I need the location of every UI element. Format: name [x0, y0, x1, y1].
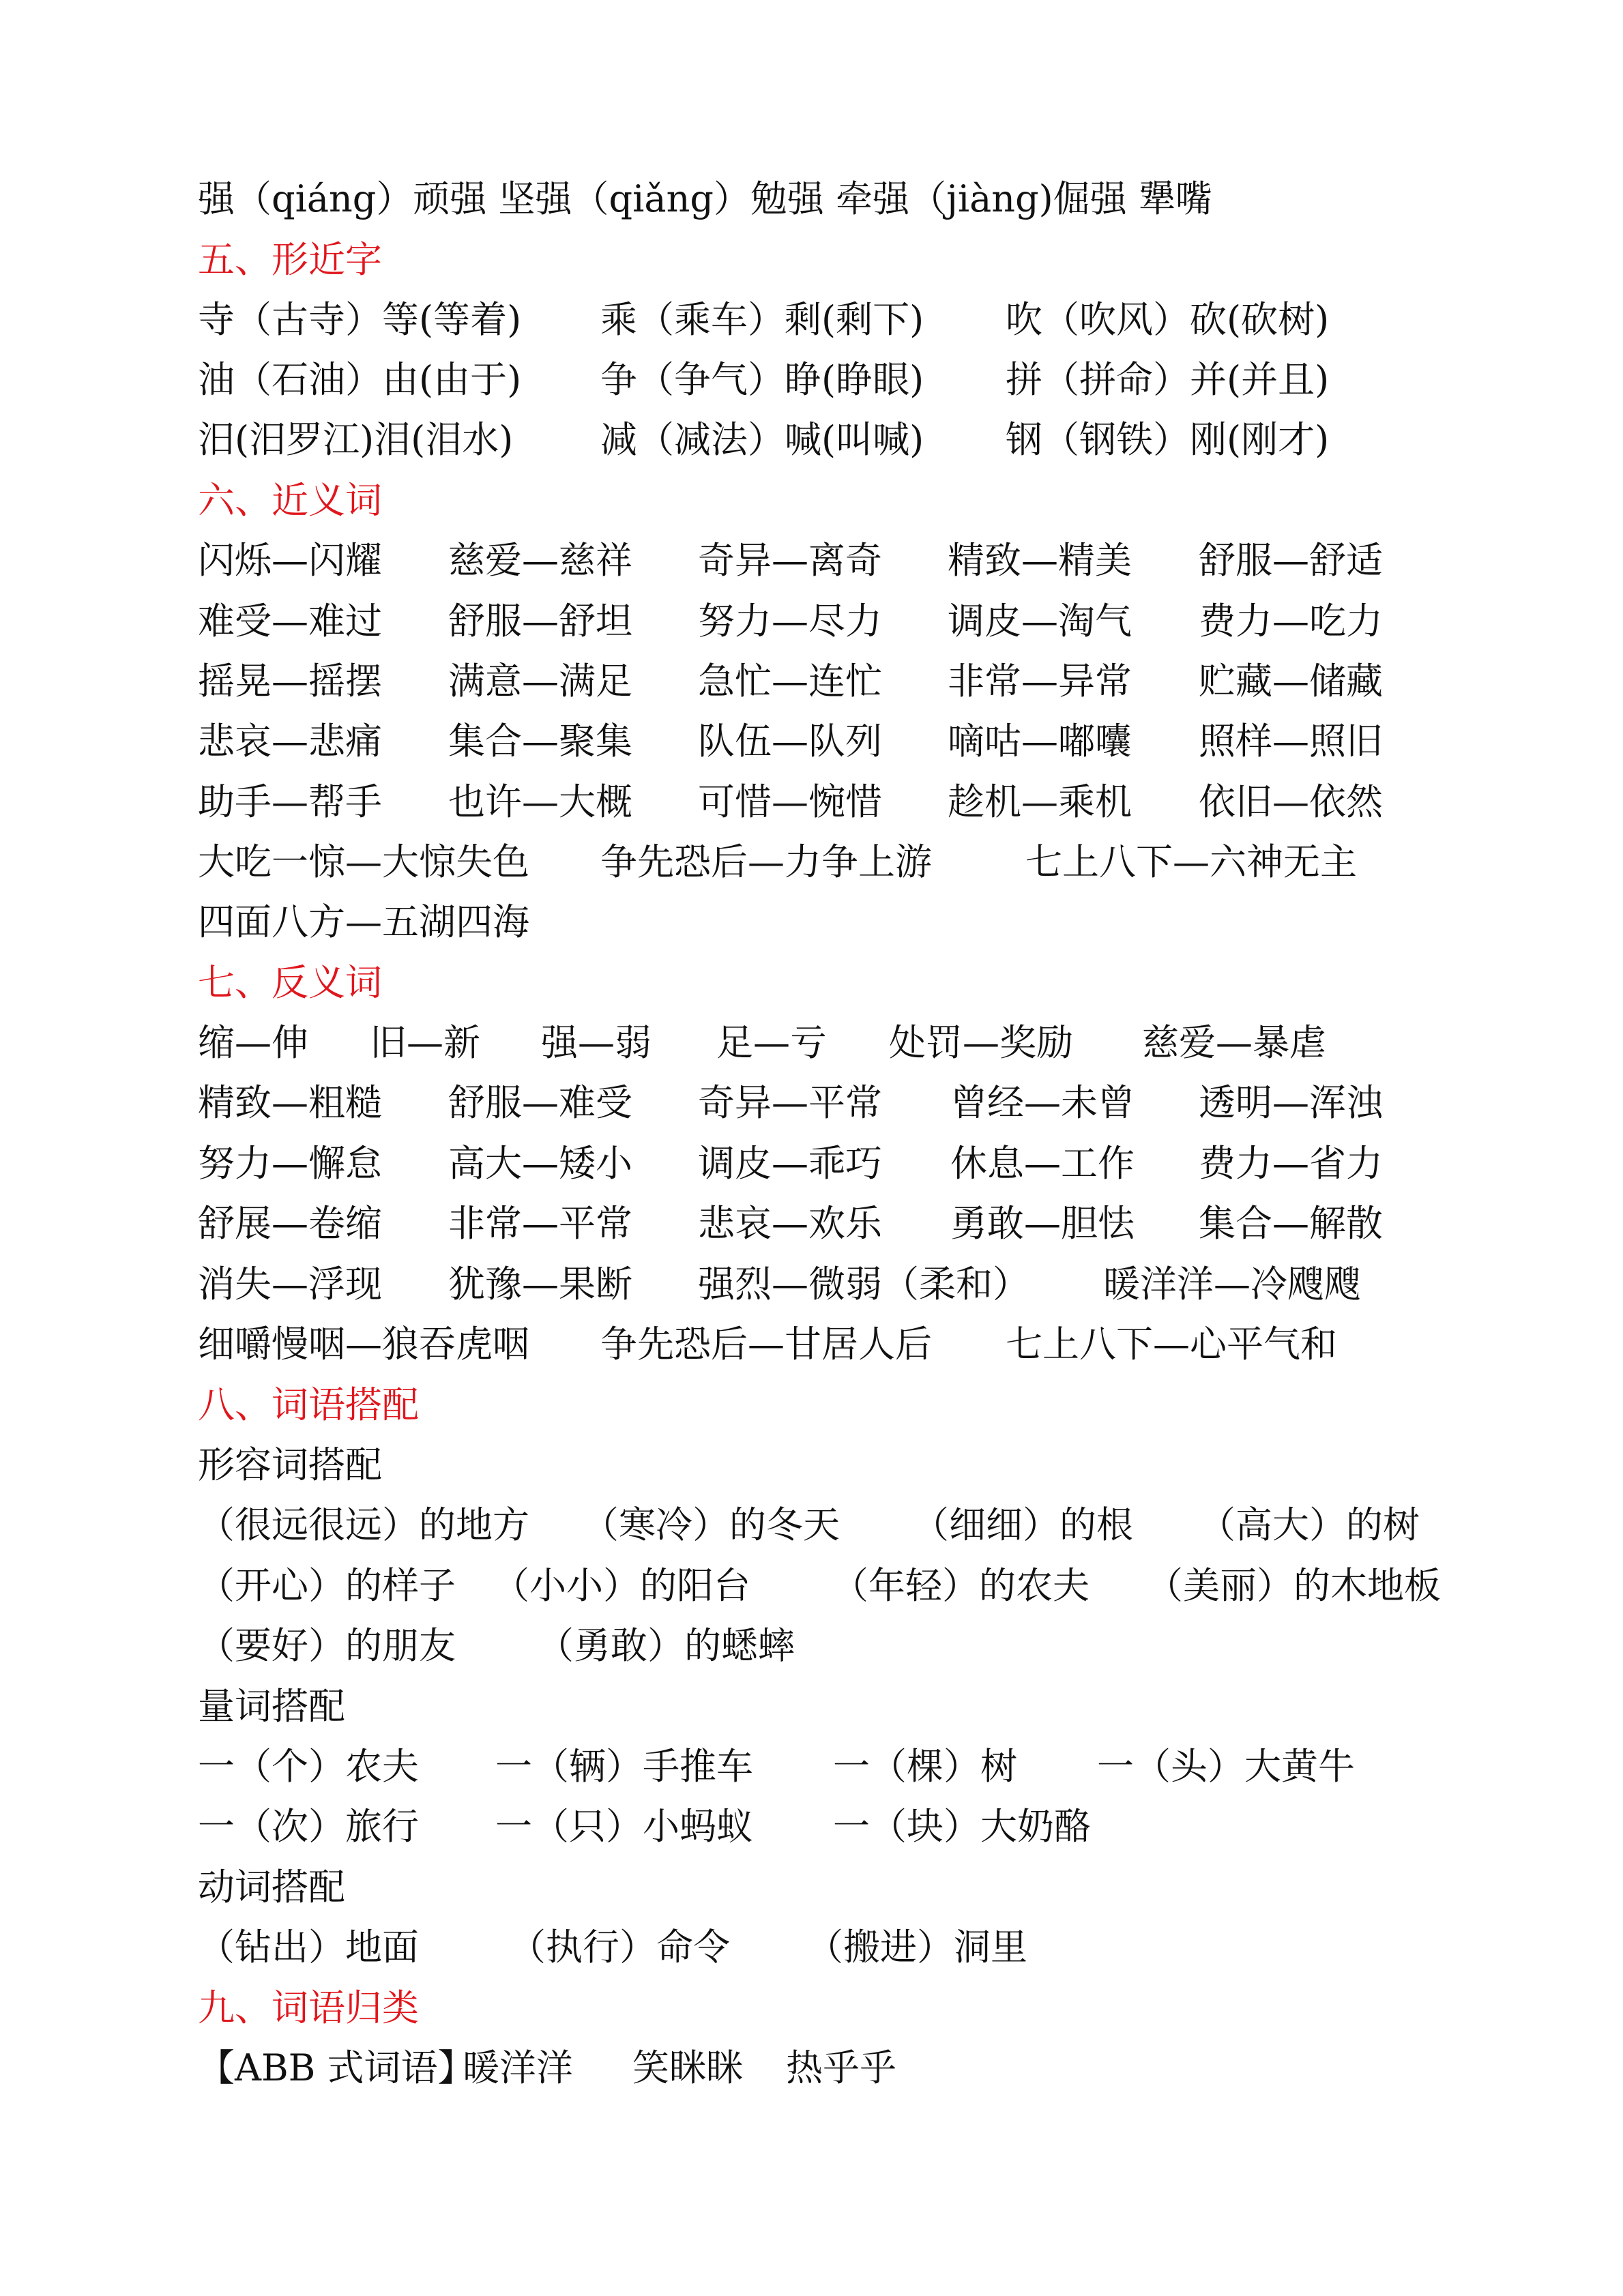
verb-phrase: （钻出）地面 — [198, 1917, 419, 1977]
measure-phrase: 一（个）农夫 — [198, 1737, 419, 1797]
synonym-pair: 趁机—乘机 — [948, 772, 1132, 832]
synonym-pair: 照样—照旧 — [1199, 711, 1383, 771]
abb-word: 热乎乎 — [786, 2038, 896, 2098]
antonym-pair: 强烈—微弱（柔和） — [698, 1254, 1029, 1314]
synonym-pair: 费力—吃力 — [1199, 591, 1383, 651]
antonym-pair: 旧—新 — [370, 1013, 480, 1073]
similar-char-item: 汨(汨罗江)泪(泪水) — [198, 410, 513, 470]
antonym-pair: 非常—平常 — [448, 1194, 632, 1254]
synonym-pair: 集合—聚集 — [448, 711, 632, 771]
section-eight-heading: 八、词语搭配 — [198, 1375, 419, 1435]
measure-word-subheading: 量词搭配 — [198, 1677, 345, 1737]
antonym-pair: 曾经—未曾 — [950, 1073, 1135, 1133]
synonym-pair: 依旧—依然 — [1199, 772, 1383, 832]
antonym-pair: 努力—懈怠 — [198, 1134, 382, 1194]
adjective-phrase: （高大）的树 — [1199, 1495, 1420, 1555]
adjective-phrase: （很远很远）的地方 — [198, 1495, 529, 1555]
synonym-pair: 慈爱—慈祥 — [448, 531, 632, 591]
antonym-pair: 慈爱—暴虐 — [1142, 1013, 1326, 1073]
synonym-pair: 也许—大概 — [448, 772, 632, 832]
synonym-pair: 难受—难过 — [198, 591, 382, 651]
adjective-phrase: （要好）的朋友 — [198, 1616, 456, 1676]
adjective-phrase: （寒冷）的冬天 — [582, 1495, 840, 1555]
similar-char-item: 乘（乘车）剩(剩下) — [600, 290, 924, 350]
synonym-pair: 助手—帮手 — [198, 772, 382, 832]
synonym-idiom: 争先恐后—力争上游 — [600, 832, 932, 892]
antonym-pair: 透明—浑浊 — [1199, 1073, 1383, 1133]
adjective-phrase: （美丽）的木地板 — [1146, 1556, 1441, 1616]
synonym-pair: 摇晃—摇摆 — [198, 651, 382, 711]
synonym-pair: 急忙—连忙 — [698, 651, 882, 711]
synonym-pair: 奇异—离奇 — [698, 531, 882, 591]
antonym-pair: 调皮—乖巧 — [698, 1134, 882, 1194]
synonym-pair: 舒服—舒坦 — [448, 591, 632, 651]
antonym-pair: 强—弱 — [541, 1013, 652, 1073]
antonym-pair: 暖洋洋—冷飕飕 — [1103, 1254, 1361, 1314]
similar-char-item: 寺（古寺）等(等着) — [198, 290, 521, 350]
measure-phrase: 一（头）大黄牛 — [1097, 1737, 1355, 1797]
synonym-pair: 精致—精美 — [948, 531, 1132, 591]
antonym-pair: 犹豫—果断 — [448, 1254, 632, 1314]
adjective-phrase: （小小）的阳台 — [493, 1556, 750, 1616]
antonym-pair: 高大—矮小 — [448, 1134, 632, 1194]
antonym-idiom: 七上八下—心平气和 — [1006, 1314, 1337, 1374]
antonym-pair: 休息—工作 — [950, 1134, 1135, 1194]
antonym-pair: 消失—浮现 — [198, 1254, 382, 1314]
abb-word: 笑眯眯 — [632, 2038, 743, 2098]
adjective-subheading: 形容词搭配 — [198, 1435, 382, 1495]
antonym-pair: 集合—解散 — [1199, 1194, 1383, 1254]
similar-char-item: 钢（钢铁）刚(刚才) — [1006, 410, 1329, 470]
synonym-idiom: 大吃一惊—大惊失色 — [198, 832, 529, 892]
adjective-phrase: （细细）的根 — [912, 1495, 1133, 1555]
synonym-pair: 嘀咕—嘟囔 — [948, 711, 1132, 771]
antonym-pair: 缩—伸 — [198, 1013, 308, 1073]
similar-char-item: 油（石油）由(由于) — [198, 350, 521, 410]
synonym-pair: 可惜—惋惜 — [698, 772, 882, 832]
abb-word: 暖洋洋 — [463, 2038, 573, 2098]
verb-subheading: 动词搭配 — [198, 1857, 345, 1917]
section-six-heading: 六、近义词 — [198, 471, 382, 531]
adjective-phrase: （年轻）的农夫 — [832, 1556, 1090, 1616]
antonym-pair: 精致—粗糙 — [198, 1073, 382, 1133]
synonym-idiom: 七上八下—六神无主 — [1025, 832, 1357, 892]
verb-phrase: （搬进）洞里 — [806, 1917, 1027, 1977]
antonym-idiom: 细嚼慢咽—狼吞虎咽 — [198, 1314, 529, 1374]
measure-phrase: 一（辆）手推车 — [495, 1737, 753, 1797]
synonym-pair: 非常—异常 — [948, 651, 1132, 711]
abb-label: 【ABB 式词语】 — [198, 2038, 475, 2098]
polyphone-line: 强（qiáng）顽强 坚强（qiǎng）勉强 牵强（jiàng)倔强 犟嘴 — [198, 169, 1212, 229]
synonym-pair: 舒服—舒适 — [1199, 531, 1383, 591]
measure-phrase: 一（块）大奶酪 — [833, 1797, 1091, 1857]
antonym-pair: 处罚—奖励 — [889, 1013, 1073, 1073]
section-five-heading: 五、形近字 — [198, 230, 382, 290]
synonym-idiom: 四面八方—五湖四海 — [198, 892, 529, 952]
verb-phrase: （执行）命令 — [509, 1917, 730, 1977]
synonym-pair: 队伍—队列 — [698, 711, 882, 771]
section-nine-heading: 九、词语归类 — [198, 1978, 419, 2038]
measure-phrase: 一（只）小蚂蚁 — [495, 1797, 753, 1857]
similar-char-item: 减（减法）喊(叫喊) — [600, 410, 924, 470]
synonym-pair: 悲哀—悲痛 — [198, 711, 382, 771]
antonym-pair: 费力—省力 — [1199, 1134, 1383, 1194]
measure-phrase: 一（次）旅行 — [198, 1797, 419, 1857]
synonym-pair: 努力—尽力 — [698, 591, 882, 651]
antonym-pair: 悲哀—欢乐 — [698, 1194, 882, 1254]
antonym-pair: 足—亏 — [716, 1013, 827, 1073]
antonym-pair: 奇异—平常 — [698, 1073, 882, 1133]
adjective-phrase: （开心）的样子 — [198, 1556, 456, 1616]
adjective-phrase: （勇敢）的蟋蟀 — [537, 1616, 795, 1676]
section-seven-heading: 七、反义词 — [198, 953, 382, 1013]
similar-char-item: 吹（吹风）砍(砍树) — [1006, 290, 1329, 350]
synonym-pair: 满意—满足 — [448, 651, 632, 711]
measure-phrase: 一（棵）树 — [833, 1737, 1017, 1797]
antonym-pair: 舒服—难受 — [448, 1073, 632, 1133]
polyphone-text: 强（qiáng）顽强 坚强（qiǎng）勉强 牵强（jiàng)倔强 犟嘴 — [198, 177, 1212, 220]
similar-char-item: 拼（拼命）并(并且) — [1006, 350, 1329, 410]
antonym-pair: 舒展—卷缩 — [198, 1194, 382, 1254]
antonym-pair: 勇敢—胆怯 — [950, 1194, 1135, 1254]
synonym-pair: 贮藏—储藏 — [1199, 651, 1383, 711]
similar-char-item: 争（争气）睁(睁眼) — [600, 350, 924, 410]
synonym-pair: 闪烁—闪耀 — [198, 531, 382, 591]
antonym-idiom: 争先恐后—甘居人后 — [600, 1314, 932, 1374]
synonym-pair: 调皮—淘气 — [948, 591, 1132, 651]
